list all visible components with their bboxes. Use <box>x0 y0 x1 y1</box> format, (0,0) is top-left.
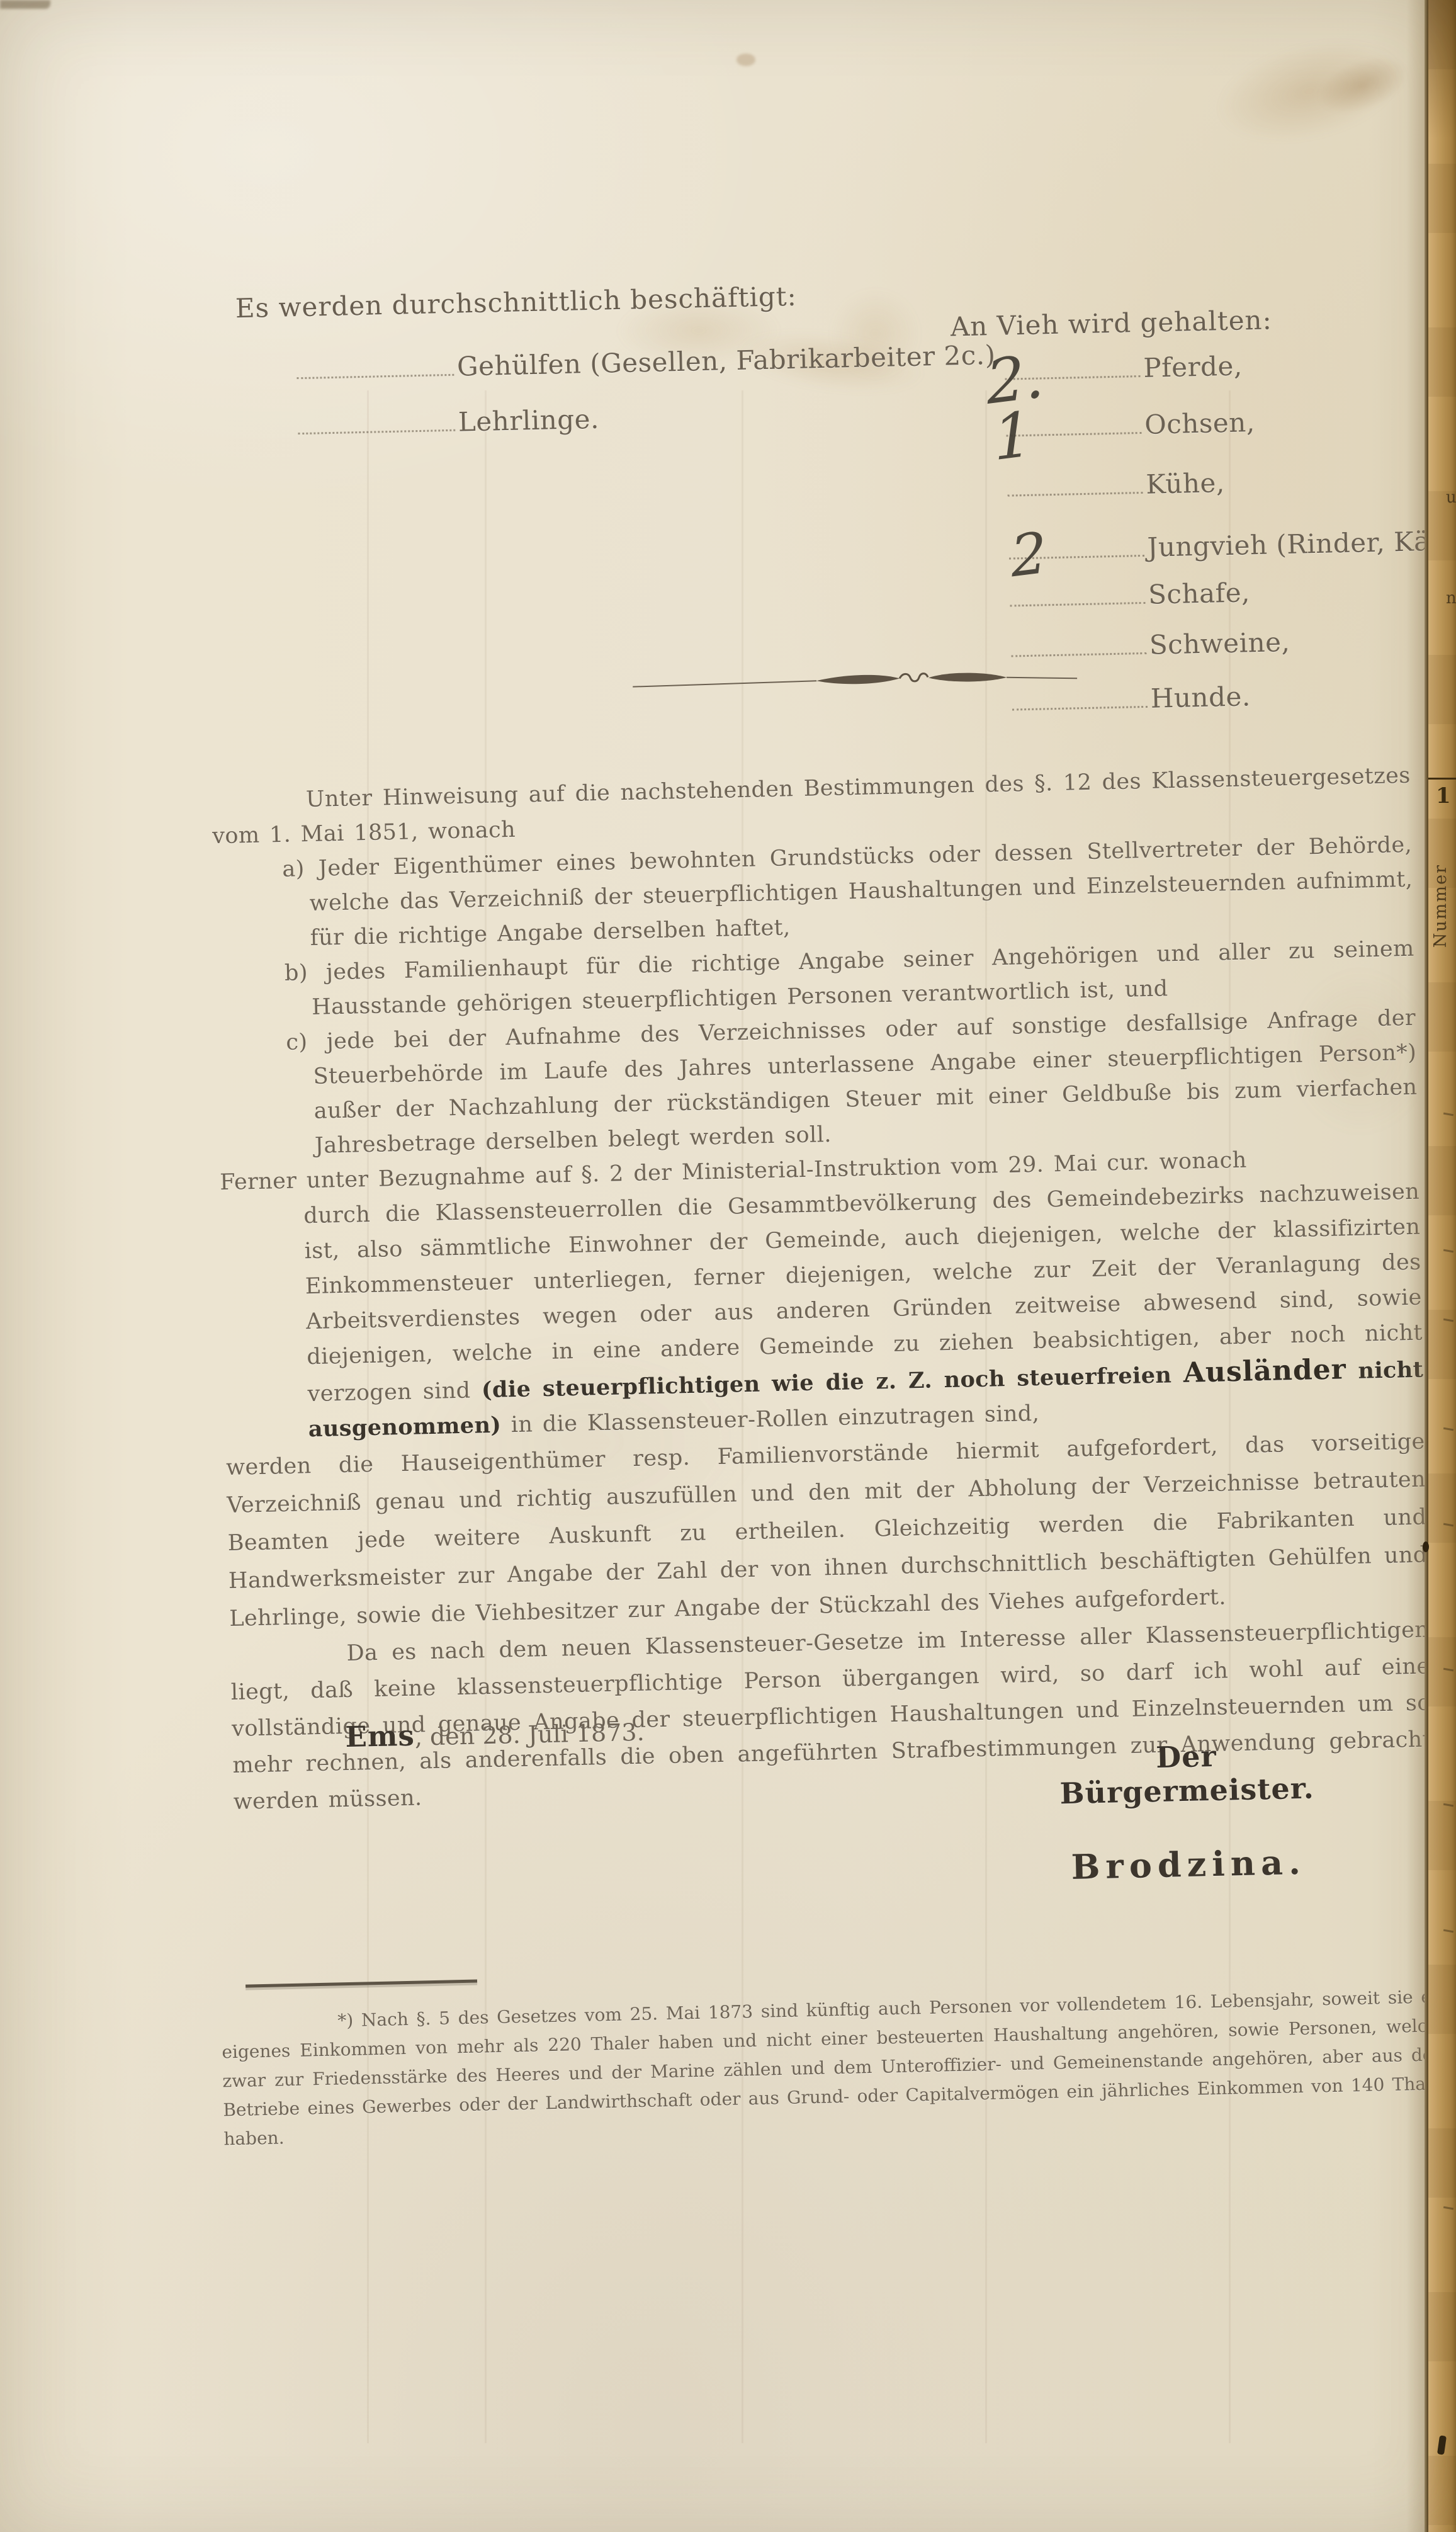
item-marker: c) <box>286 1030 308 1055</box>
page-edge-dash <box>1443 1668 1453 1672</box>
page-edge-dash <box>1443 1319 1453 1322</box>
signature-block: Der Bürgermeister. Brodzina. <box>1035 1737 1340 1888</box>
werden-paragraph: werden die Hauseigenthümer resp. Familie… <box>225 1423 1428 1638</box>
cut-off-glyph: u <box>1446 488 1456 507</box>
employment-row-label: Lehrlinge. <box>458 404 599 438</box>
date-line: Ems, den 28. Juli 1873. <box>345 1714 645 1754</box>
employment-row: Lehrlinge. <box>298 404 600 441</box>
livestock-heading: An Vieh wird gehalten: <box>950 301 1419 342</box>
fill-in-line <box>1012 687 1148 711</box>
ink-blot <box>1437 2435 1447 2455</box>
adjacent-page-edge: u n 1 Nummer <box>1428 0 1456 2532</box>
item-text: jede bei der Aufnahme des Verzeichnisses… <box>313 1006 1418 1159</box>
adjacent-table-rule <box>1428 778 1456 780</box>
livestock-row-label: Schweine, <box>1149 627 1290 661</box>
footnote-text: Nach §. 5 des Gesetzes vom 25. Mai 1873 … <box>222 1986 1450 2149</box>
footnote: *) Nach §. 5 des Gesetzes vom 25. Mai 18… <box>221 1982 1452 2154</box>
item-text: Jeder Eigenthümer eines bewohnten Grunds… <box>309 832 1413 951</box>
handwritten-count-schafe: 2 <box>1009 525 1048 586</box>
signature-title: Der Bürgermeister. <box>1035 1737 1338 1811</box>
employment-row: Gehülfen (Gesellen, Fabrikarbeiter 2c.) <box>296 339 996 385</box>
document-scan: { "colors": { "paper": "#e9e1ce", "ink":… <box>0 0 1456 2532</box>
date-text: , den 28. Juli 1873. <box>414 1718 645 1751</box>
page-edge-dash <box>1443 1428 1453 1431</box>
livestock-row-label: Pferde, <box>1143 350 1243 383</box>
livestock-row: Schweine, <box>1010 627 1290 664</box>
livestock-row-label: Hunde. <box>1150 681 1251 713</box>
page-edge-dash <box>1443 1523 1453 1527</box>
fill-in-line <box>298 411 456 434</box>
ink-blot <box>1423 1541 1429 1552</box>
livestock-row: Kühe, <box>1007 467 1225 503</box>
footnote-rule <box>245 1980 477 1988</box>
item-marker: a) <box>282 856 305 882</box>
body-text: Unter Hinweisung auf die nachstehenden B… <box>211 759 1432 1820</box>
list-item-c: c) jede bei der Aufnahme des Verzeichnis… <box>217 1001 1418 1166</box>
page-edge-shadow <box>1406 0 1425 2532</box>
fill-in-line <box>1011 633 1147 657</box>
page-edge-dash <box>1443 1929 1453 1933</box>
item-marker: b) <box>285 960 308 986</box>
sheet-content: Es werden durchschnittlich beschäftigt: … <box>0 0 1456 2532</box>
livestock-row-label: Kühe, <box>1146 467 1225 500</box>
page-edge-dash <box>1443 1249 1453 1253</box>
employment-row-label: Gehülfen (Gesellen, Fabrikarbeiter 2c.) <box>457 339 996 382</box>
bold-clause: (die steuerpflichtigen wie die z. Z. noc… <box>482 1362 1184 1403</box>
page-edge-dash <box>1443 1803 1453 1807</box>
livestock-row-label: Ochsen, <box>1144 407 1255 440</box>
signature-name: Brodzina. <box>1037 1841 1340 1888</box>
page-edge-dash <box>1443 2206 1453 2210</box>
cut-off-glyph: n <box>1446 589 1456 608</box>
employment-section: Es werden durchschnittlich beschäftigt: … <box>235 276 994 469</box>
adjacent-column-label-nummer: Nummer <box>1431 864 1450 948</box>
footnote-marker: *) <box>337 2010 354 2031</box>
fill-in-line <box>1007 473 1143 497</box>
fill-in-line <box>296 355 454 379</box>
adjacent-row-number: 1 <box>1436 783 1451 809</box>
inner-quoted-paragraph: durch die Klassensteuerrollen die Gesamm… <box>220 1174 1425 1449</box>
handwritten-count-kuehe: 1 <box>991 403 1034 470</box>
place-name: Ems <box>345 1719 415 1754</box>
livestock-row-label: Schafe, <box>1148 577 1251 610</box>
livestock-row: Ochsen, <box>1006 407 1255 443</box>
bold-emphasis-auslaender: Ausländer <box>1183 1353 1346 1389</box>
employment-heading: Es werden durchschnittlich beschäftigt: <box>235 276 991 324</box>
livestock-row: Jungvieh (Rinder, Kälber), <box>1008 524 1456 565</box>
page-edge-dash <box>1443 1113 1453 1116</box>
